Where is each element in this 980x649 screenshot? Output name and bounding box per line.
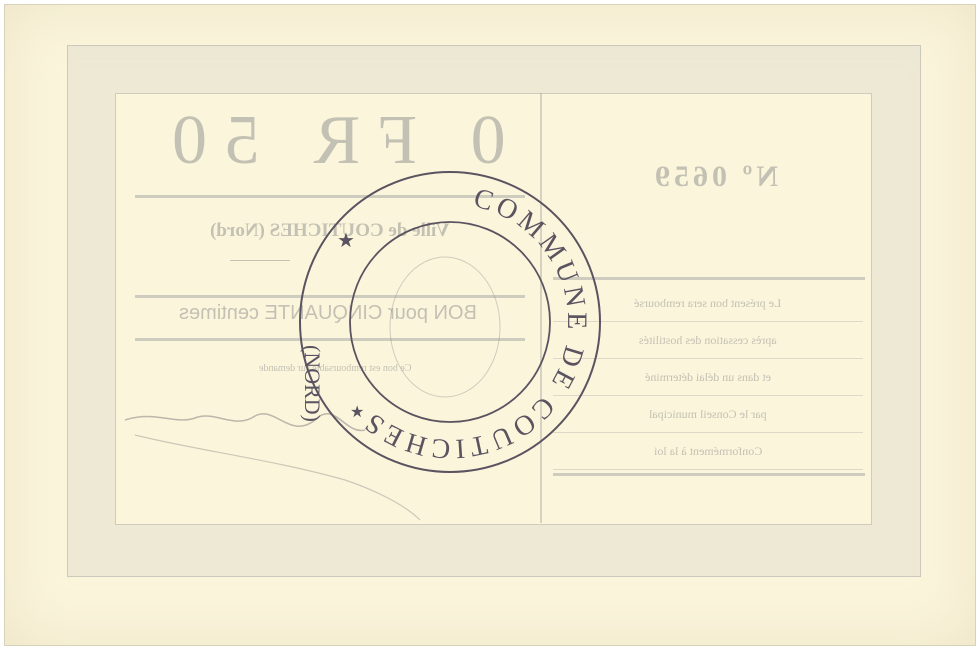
serial-number-bleed: Nº 0659 bbox=[590, 160, 840, 194]
banknote: 0 FR 50 Ville de COUTICHES (Nord) BON po… bbox=[4, 4, 976, 646]
ornament-line bbox=[230, 260, 290, 261]
svg-text:★: ★ bbox=[350, 404, 364, 421]
svg-text:★: ★ bbox=[337, 230, 355, 252]
commune-seal-icon: COMMUNE DE COUTICHES (NORD) ★ ★ bbox=[295, 167, 605, 477]
svg-text:(NORD): (NORD) bbox=[300, 345, 325, 422]
